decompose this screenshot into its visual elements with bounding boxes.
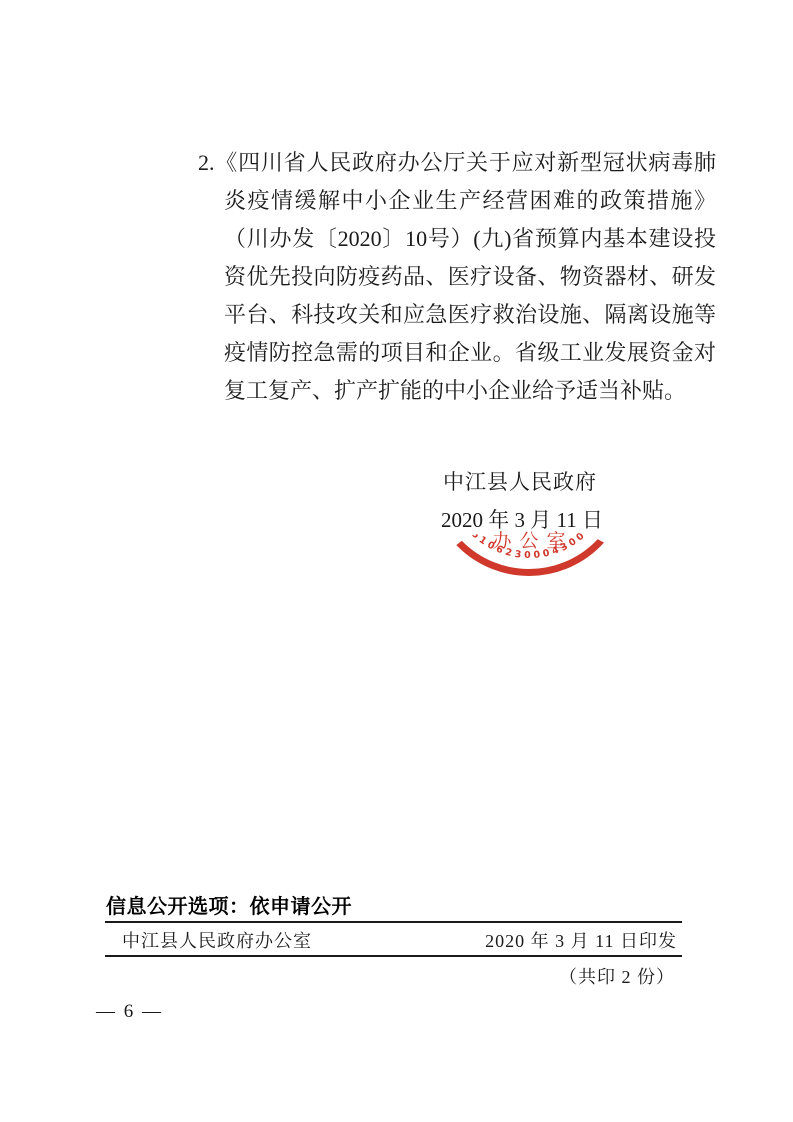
- document-page: 2.《四川省人民政府办公厅关于应对新型冠状病毒肺 炎疫情缓解中小企业生产经营困难…: [0, 0, 793, 1122]
- body-paragraph: 2.《四川省人民政府办公厅关于应对新型冠状病毒肺 炎疫情缓解中小企业生产经营困难…: [198, 144, 716, 410]
- body-line: 资优先投向防疫药品、医疗设备、物资器材、研发: [224, 258, 716, 296]
- body-line: 2.《四川省人民政府办公厅关于应对新型冠状病毒肺: [198, 144, 716, 182]
- official-seal-icon: 5106230004300 办公室: [450, 520, 610, 578]
- footer-issuer: 中江县人民政府办公室: [122, 927, 312, 953]
- footer-print-date: 2020 年 3 月 11 日印发: [485, 927, 677, 953]
- seal-office-text: 办公室: [492, 530, 573, 552]
- body-line: 复工复产、扩产扩能的中小企业给予适当补贴。: [224, 372, 716, 410]
- disclosure-heading: 信息公开选项：依申请公开: [106, 890, 352, 919]
- body-line: 疫情防控急需的项目和企业。省级工业发展资金对: [224, 334, 716, 372]
- signature-issuer: 中江县人民政府: [420, 466, 620, 496]
- print-copies: （共印 2 份）: [105, 963, 675, 989]
- body-line: 炎疫情缓解中小企业生产经营困难的政策措施》: [224, 182, 716, 220]
- footer-issuer-row: 中江县人民政府办公室 2020 年 3 月 11 日印发: [105, 927, 682, 953]
- body-line: （川办发〔2020〕10号）(九)省预算内基本建设投: [224, 220, 716, 258]
- footer-divider-bottom: [105, 955, 682, 957]
- body-line: 平台、科技攻关和应急医疗救治设施、隔离设施等: [224, 296, 716, 334]
- footer-divider-top: [105, 921, 682, 923]
- page-number: — 6 —: [96, 1001, 163, 1023]
